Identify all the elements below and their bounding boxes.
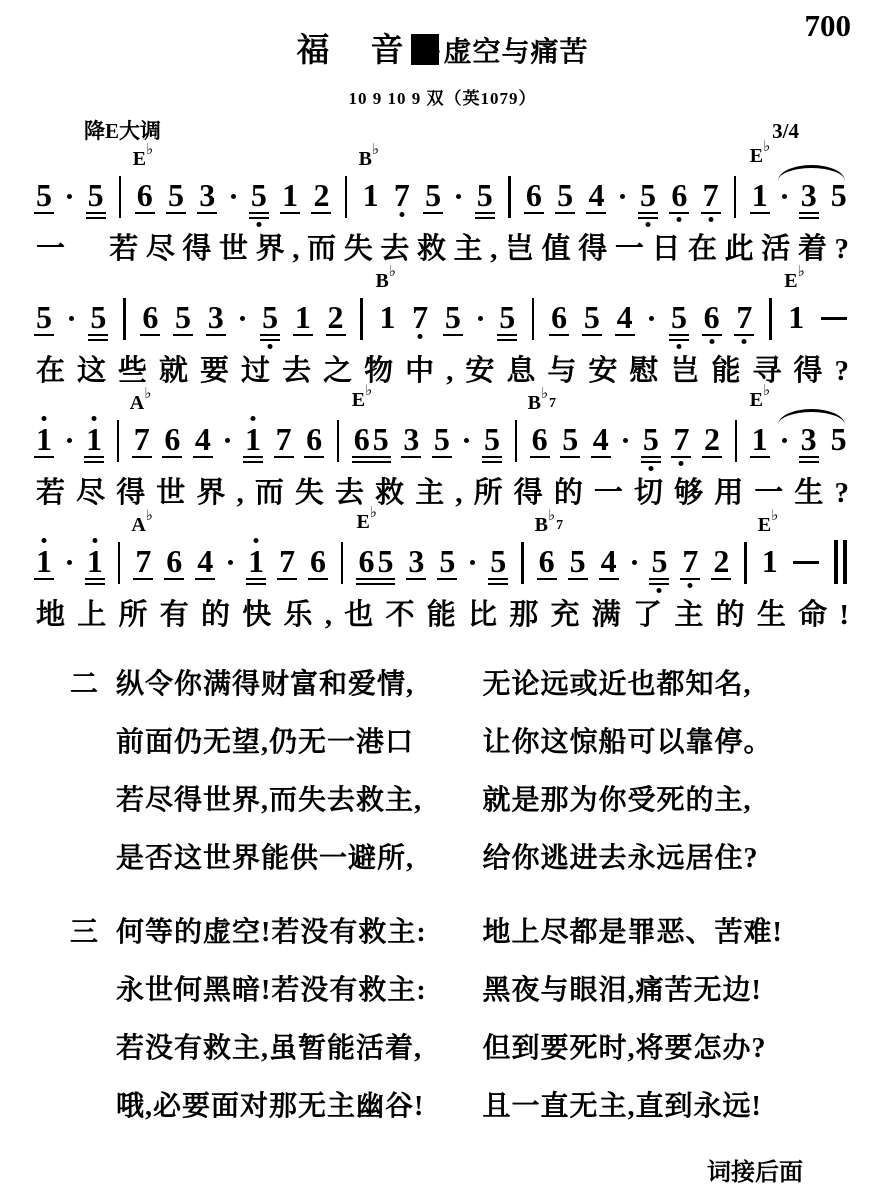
chord-label: E♭ (133, 149, 153, 169)
note-digit: 6 (671, 182, 687, 208)
barline (117, 420, 120, 462)
augmentation-dot (67, 194, 72, 199)
barline (744, 542, 747, 584)
note-digit: 4 (195, 426, 211, 452)
note-digit: 7 (394, 182, 410, 208)
octave-dot-high (251, 416, 256, 421)
note-digit: 5 (168, 182, 184, 208)
verse-line: 若没有救主,虽暂能活着, (116, 1020, 483, 1078)
music-row: 117A♭64176E♭653556B♭754572E♭135 (36, 388, 849, 476)
augmentation-dot (69, 316, 74, 321)
note-digit: 6B♭7 (532, 426, 548, 452)
note-digit: 1 (36, 548, 52, 574)
augmentation-dot (470, 560, 475, 565)
barline (345, 176, 348, 218)
barline (735, 420, 738, 462)
note-digit: 5 (651, 548, 667, 574)
barline (341, 542, 344, 584)
note-digit: 5 (831, 182, 847, 208)
music-row: 556E♭535121B♭755654567E♭135 (36, 144, 849, 232)
note-digit: 5 (584, 304, 600, 330)
verse-column-right: 地上尽都是罪恶、苦难!黑夜与眼泪,痛苦无边!但到要死时,将要怎办?且一直无主,直… (483, 904, 850, 1136)
lyric-line: 一 若尽得世界,而失去救主,岂值得一日在此活着? (36, 232, 849, 266)
note-digit: 1B♭ (363, 182, 379, 208)
lyric-line: 地上所有的快乐,也不能比那充满了主的生命! (36, 598, 849, 632)
octave-dot-low (648, 466, 653, 471)
duration-dash (821, 317, 847, 321)
note-digit: 6 (526, 182, 542, 208)
barline (118, 542, 121, 584)
barline (360, 298, 363, 340)
verse-line: 若尽得世界,而失去救主, (116, 772, 483, 830)
note-digit: 4 (617, 304, 633, 330)
verse-number: 三 (70, 904, 116, 1136)
barline (515, 420, 518, 462)
verse-column-left: 何等的虚空!若没有救主:永世何黑暗!若没有救主:若没有救主,虽暂能活着,哦,必要… (116, 904, 483, 1136)
verse-line: 永世何黑暗!若没有救主: (116, 962, 483, 1020)
note-digit: 5 (640, 182, 656, 208)
verse-line: 纵令你满得财富和爱情, (116, 656, 483, 714)
hymn-title-subtitle: 虚空与痛苦 (443, 37, 588, 68)
note-digit: 3 (199, 182, 215, 208)
verse-line: 无论远或近也都知名, (483, 656, 850, 714)
note-digit: 5 (90, 304, 106, 330)
verse-line: 哦,必要面对那无主幽谷! (116, 1078, 483, 1136)
beam-group: E♭65 (354, 426, 389, 452)
augmentation-dot (231, 194, 236, 199)
note-digit: 6 (310, 548, 326, 574)
note-digit: 7 (703, 182, 719, 208)
chord-label: A♭ (131, 515, 153, 535)
verse-column-right: 无论远或近也都知名,让你这惊船可以靠停。就是那为你受死的主,给你逃进去永远居住? (483, 656, 850, 888)
note-digit: 1 (248, 548, 264, 574)
octave-dot-high (254, 538, 259, 543)
music-row: 117A♭64176E♭653556B♭7545721E♭ (36, 510, 849, 598)
chord-label: B♭ (375, 271, 395, 291)
note-digit: 1B♭ (379, 304, 395, 330)
slur-group: E♭135 (752, 426, 847, 452)
verse-line: 何等的虚空!若没有救主: (116, 904, 483, 962)
meter-line: 10 9 10 9 双（英1079） (36, 84, 849, 109)
augmentation-dot (649, 316, 654, 321)
note-digit: 5 (831, 426, 847, 452)
key-signature: 降E大调 (84, 118, 161, 144)
note-digit: 5 (562, 426, 578, 452)
verse-line: 就是那为你受死的主, (483, 772, 850, 830)
note-digit: 5 (262, 304, 278, 330)
augmentation-dot (632, 560, 637, 565)
lyric-line: 在这些就要过去之物中,安息与安慰岂能寻得? (36, 354, 849, 388)
verse-line: 地上尽都是罪恶、苦难! (483, 904, 850, 962)
note-digit: 2 (313, 182, 329, 208)
note-digit: 4 (197, 548, 213, 574)
augmentation-dot (623, 438, 628, 443)
note-digit: 2 (713, 548, 729, 574)
time-signature: 3/4 (772, 118, 799, 144)
note-digit: 4 (588, 182, 604, 208)
barline (769, 298, 772, 340)
beam-group: E♭65 (358, 548, 393, 574)
note-digit: 5 (373, 426, 389, 452)
lyric-line: 若尽得世界,而失去救主,所得的一切够用一生? (36, 476, 849, 510)
barline (532, 298, 535, 340)
key-time-row: 降E大调 3/4 (84, 118, 799, 144)
barline (521, 542, 524, 584)
note-digit: 1 (752, 426, 768, 452)
barline (337, 420, 340, 462)
note-digit: 3 (801, 426, 817, 452)
note-digit: 3 (208, 304, 224, 330)
augmentation-dot (456, 194, 461, 199)
chord-label: B♭7 (535, 515, 563, 535)
note-digit: 5 (477, 182, 493, 208)
octave-dot-low (268, 344, 273, 349)
verse-block: 三何等的虚空!若没有救主:永世何黑暗!若没有救主:若没有救主,虽暂能活着,哦,必… (36, 904, 849, 1136)
note-digit: 7 (412, 304, 428, 330)
chord-label: E♭ (352, 390, 372, 410)
augmentation-dot (228, 560, 233, 565)
continuation-note: 词接后面 (36, 1152, 803, 1187)
verse-line: 但到要死时,将要怎办? (483, 1020, 850, 1078)
verse-column-left: 纵令你满得财富和爱情,前面仍无望,仍无一港口若尽得世界,而失去救主,是否这世界能… (116, 656, 483, 888)
note-digit: 7A♭ (135, 548, 151, 574)
note-digit: 5 (445, 304, 461, 330)
verse-line: 黑夜与眼泪,痛苦无边! (483, 962, 850, 1020)
note-digit: 1 (245, 426, 261, 452)
augmentation-dot (478, 316, 483, 321)
note-digit: 2 (704, 426, 720, 452)
octave-dot-high (42, 538, 47, 543)
chord-label: B♭ (359, 149, 379, 169)
barline (119, 176, 122, 218)
augmentation-dot (620, 194, 625, 199)
chord-label: E♭ (750, 146, 770, 166)
note-digit: 6 (354, 426, 370, 452)
note-digit: 1 (36, 426, 52, 452)
note-digit: 1 (87, 548, 103, 574)
note-digit: 2 (328, 304, 344, 330)
hymn-title-dash: — (411, 34, 439, 65)
note-digit: 5 (36, 182, 52, 208)
note-digit: 6 (164, 426, 180, 452)
chord-label: E♭ (758, 515, 778, 535)
augmentation-dot (240, 316, 245, 321)
music-row: 556535121B♭7556545671E♭ (36, 266, 849, 354)
note-digit: 6B♭7 (539, 548, 555, 574)
verse-line: 给你逃进去永远居住? (483, 830, 850, 888)
note-digit: 5 (425, 182, 441, 208)
note-digit: 5 (643, 426, 659, 452)
augmentation-dot (464, 438, 469, 443)
chord-label: E♭ (750, 390, 770, 410)
slur-group: E♭135 (752, 182, 847, 208)
note-digit: 5 (499, 304, 515, 330)
note-digit: 3 (801, 182, 817, 208)
octave-dot-low (742, 339, 747, 344)
note-digit: 1E♭ (762, 548, 778, 574)
augmentation-dot (782, 194, 787, 199)
octave-dot-low (677, 217, 682, 222)
chord-label: B♭7 (528, 393, 556, 413)
note-digit: 7 (736, 304, 752, 330)
page-number: 700 (805, 8, 852, 44)
verse-line: 且一直无主,直到永远! (483, 1078, 850, 1136)
note-digit: 5 (557, 182, 573, 208)
note-digit: 5 (484, 426, 500, 452)
hymn-title: 福 音—虚空与痛苦 (36, 24, 849, 71)
note-digit: 4 (601, 548, 617, 574)
octave-dot-low (256, 222, 261, 227)
note-digit: 5 (175, 304, 191, 330)
chord-label: E♭ (784, 271, 804, 291)
note-digit: 1 (86, 426, 102, 452)
verse-line: 前面仍无望,仍无一港口 (116, 714, 483, 772)
octave-dot-low (418, 334, 423, 339)
note-digit: 5 (434, 426, 450, 452)
note-digit: 6 (551, 304, 567, 330)
barline (734, 176, 737, 218)
augmentation-dot (782, 438, 787, 443)
octave-dot-high (92, 416, 97, 421)
verse-line: 让你这惊船可以靠停。 (483, 714, 850, 772)
note-digit: 3 (408, 548, 424, 574)
verses-section: 二纵令你满得财富和爱情,前面仍无望,仍无一港口若尽得世界,而失去救主,是否这世界… (36, 656, 849, 1136)
verse-line: 是否这世界能供一避所, (116, 830, 483, 888)
note-digit: 6 (704, 304, 720, 330)
augmentation-dot (67, 560, 72, 565)
chord-label: A♭ (130, 393, 152, 413)
verse-block: 二纵令你满得财富和爱情,前面仍无望,仍无一港口若尽得世界,而失去救主,是否这世界… (36, 656, 849, 888)
note-digit: 6 (306, 426, 322, 452)
note-digit: 6 (166, 548, 182, 574)
octave-dot-low (679, 461, 684, 466)
octave-dot-low (646, 222, 651, 227)
note-digit: 6 (358, 548, 374, 574)
note-digit: 5 (36, 304, 52, 330)
note-digit: 5 (251, 182, 267, 208)
note-digit: 1 (752, 182, 768, 208)
octave-dot-high (42, 416, 47, 421)
octave-dot-low (676, 344, 681, 349)
note-digit: 5 (439, 548, 455, 574)
octave-dot-low (657, 588, 662, 593)
hymn-title-main: 福 音 (296, 33, 407, 69)
note-digit: 6 (142, 304, 158, 330)
octave-dot-low (399, 212, 404, 217)
barline (508, 176, 511, 218)
verse-number: 二 (70, 656, 116, 888)
barline (123, 298, 126, 340)
final-barline (834, 540, 847, 584)
octave-dot-low (688, 583, 693, 588)
note-digit: 1 (295, 304, 311, 330)
duration-dash (793, 561, 819, 565)
augmentation-dot (225, 438, 230, 443)
note-digit: 7 (279, 548, 295, 574)
chord-label: E♭ (356, 512, 376, 532)
note-digit: 4 (593, 426, 609, 452)
note-digit: 5 (490, 548, 506, 574)
note-digit: 1E♭ (788, 304, 804, 330)
music-section: 556E♭535121B♭755654567E♭135一 若尽得世界,而失去救主… (36, 144, 849, 632)
note-digit: 6E♭ (137, 182, 153, 208)
augmentation-dot (67, 438, 72, 443)
note-digit: 7 (673, 426, 689, 452)
note-digit: 7 (682, 548, 698, 574)
octave-dot-low (709, 339, 714, 344)
octave-dot-high (92, 538, 97, 543)
note-digit: 1 (282, 182, 298, 208)
note-digit: 3 (403, 426, 419, 452)
note-digit: 5 (570, 548, 586, 574)
note-digit: 7 (276, 426, 292, 452)
note-digit: 5 (88, 182, 104, 208)
note-digit: 5 (377, 548, 393, 574)
octave-dot-low (708, 217, 713, 222)
note-digit: 5 (671, 304, 687, 330)
note-digit: 7A♭ (134, 426, 150, 452)
